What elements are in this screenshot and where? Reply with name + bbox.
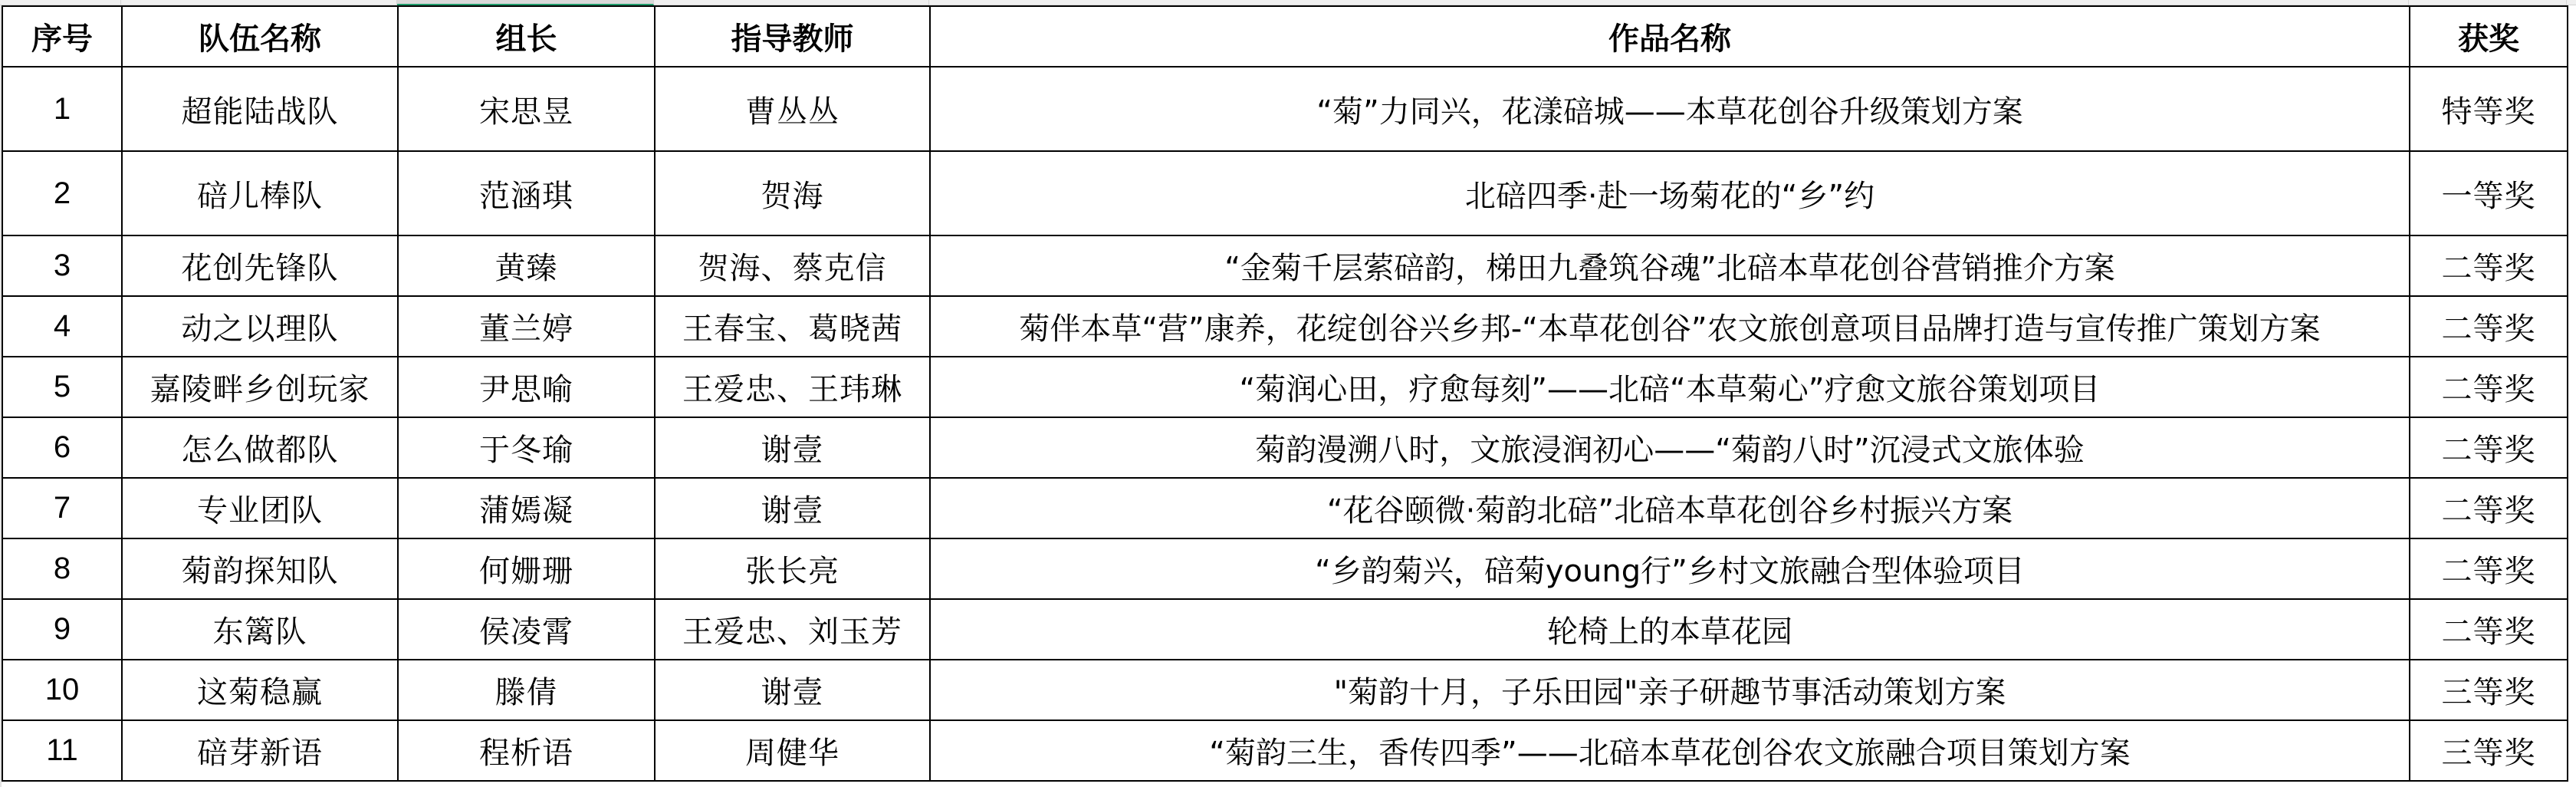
cell-award[interactable]: 特等奖: [2410, 67, 2568, 151]
cell-index[interactable]: 10: [2, 660, 122, 720]
table-row: 10 这菊稳赢 滕倩 谢壹 "菊韵十月，子乐田园"亲子研趣节事活动策划方案 三等…: [2, 660, 2568, 720]
cell-advisor[interactable]: 谢壹: [655, 417, 930, 478]
cell-award[interactable]: 二等奖: [2410, 296, 2568, 357]
cell-award[interactable]: 三等奖: [2410, 720, 2568, 781]
table-row: 4 动之以理队 董兰婷 王春宝、葛晓茜 菊伴本草“营”康养，花绽创谷兴乡邦-“本…: [2, 296, 2568, 357]
cell-index[interactable]: 11: [2, 720, 122, 781]
table-row: 7 专业团队 蒲嫣凝 谢壹 “花谷颐微·菊韵北碚”北碚本草花创谷乡村振兴方案 二…: [2, 478, 2568, 538]
cell-advisor[interactable]: 王爱忠、王玮琳: [655, 357, 930, 417]
cell-team[interactable]: 菊韵探知队: [122, 538, 398, 599]
table-row: 8 菊韵探知队 何姗珊 张长亮 “乡韵菊兴，碚菊young行”乡村文旅融合型体验…: [2, 538, 2568, 599]
cell-advisor[interactable]: 贺海、蔡克信: [655, 235, 930, 296]
cell-award[interactable]: 二等奖: [2410, 538, 2568, 599]
cell-team[interactable]: 超能陆战队: [122, 67, 398, 151]
cell-team[interactable]: 碚儿棒队: [122, 151, 398, 235]
cell-team[interactable]: 这菊稳赢: [122, 660, 398, 720]
header-leader[interactable]: 组长: [398, 6, 655, 67]
column-header-c-selected[interactable]: [397, 0, 654, 5]
cell-title[interactable]: “金菊千层萦碚韵，梯田九叠筑谷魂”北碚本草花创谷营销推介方案: [930, 235, 2410, 296]
cell-team[interactable]: 花创先锋队: [122, 235, 398, 296]
cell-award[interactable]: 一等奖: [2410, 151, 2568, 235]
cell-team[interactable]: 怎么做都队: [122, 417, 398, 478]
column-header-a[interactable]: [0, 0, 121, 5]
header-advisor[interactable]: 指导教师: [655, 6, 930, 67]
cell-index[interactable]: 6: [2, 417, 122, 478]
cell-leader[interactable]: 程析语: [398, 720, 655, 781]
table-row: 9 东篱队 侯凌霄 王爱忠、刘玉芳 轮椅上的本草花园 二等奖: [2, 599, 2568, 660]
cell-index[interactable]: 2: [2, 151, 122, 235]
cell-index[interactable]: 1: [2, 67, 122, 151]
cell-title[interactable]: 菊伴本草“营”康养，花绽创谷兴乡邦-“本草花创谷”农文旅创意项目品牌打造与宣传推…: [930, 296, 2410, 357]
cell-title[interactable]: 菊韵漫溯八时，文旅浸润初心——“菊韵八时”沉浸式文旅体验: [930, 417, 2410, 478]
cell-leader[interactable]: 董兰婷: [398, 296, 655, 357]
cell-title[interactable]: “花谷颐微·菊韵北碚”北碚本草花创谷乡村振兴方案: [930, 478, 2410, 538]
cell-award[interactable]: 三等奖: [2410, 660, 2568, 720]
cell-team[interactable]: 专业团队: [122, 478, 398, 538]
cell-index[interactable]: 5: [2, 357, 122, 417]
cell-index[interactable]: 9: [2, 599, 122, 660]
header-row: 序号 队伍名称 组长 指导教师 作品名称 获奖: [2, 6, 2568, 67]
column-header-f[interactable]: [2409, 0, 2567, 5]
column-header-e[interactable]: [929, 0, 2409, 5]
cell-award[interactable]: 二等奖: [2410, 599, 2568, 660]
cell-leader[interactable]: 于冬瑜: [398, 417, 655, 478]
header-team[interactable]: 队伍名称: [122, 6, 398, 67]
table-row: 5 嘉陵畔乡创玩家 尹思喻 王爱忠、王玮琳 “菊润心田，疗愈每刻”——北碚“本草…: [2, 357, 2568, 417]
cell-advisor[interactable]: 张长亮: [655, 538, 930, 599]
cell-team[interactable]: 东篱队: [122, 599, 398, 660]
cell-award[interactable]: 二等奖: [2410, 357, 2568, 417]
cell-award[interactable]: 二等奖: [2410, 417, 2568, 478]
cell-title[interactable]: 轮椅上的本草花园: [930, 599, 2410, 660]
table-row: 1 超能陆战队 宋思昱 曹丛丛 “菊”力同兴，花漾碚城——本草花创谷升级策划方案…: [2, 67, 2568, 151]
cell-leader[interactable]: 范涵琪: [398, 151, 655, 235]
cell-leader[interactable]: 宋思昱: [398, 67, 655, 151]
awards-table: 序号 队伍名称 组长 指导教师 作品名称 获奖 1 超能陆战队 宋思昱 曹丛丛 …: [2, 5, 2568, 782]
cell-title[interactable]: "菊韵十月，子乐田园"亲子研趣节事活动策划方案: [930, 660, 2410, 720]
cell-title[interactable]: “菊润心田，疗愈每刻”——北碚“本草菊心”疗愈文旅谷策划项目: [930, 357, 2410, 417]
cell-title[interactable]: “菊”力同兴，花漾碚城——本草花创谷升级策划方案: [930, 67, 2410, 151]
table-row: 6 怎么做都队 于冬瑜 谢壹 菊韵漫溯八时，文旅浸润初心——“菊韵八时”沉浸式文…: [2, 417, 2568, 478]
cell-team[interactable]: 碚芽新语: [122, 720, 398, 781]
cell-award[interactable]: 二等奖: [2410, 235, 2568, 296]
cell-advisor[interactable]: 谢壹: [655, 478, 930, 538]
table-row: 3 花创先锋队 黄臻 贺海、蔡克信 “金菊千层萦碚韵，梯田九叠筑谷魂”北碚本草花…: [2, 235, 2568, 296]
cell-leader[interactable]: 黄臻: [398, 235, 655, 296]
header-index[interactable]: 序号: [2, 6, 122, 67]
table-row: 11 碚芽新语 程析语 周健华 “菊韵三生，香传四季”——北碚本草花创谷农文旅融…: [2, 720, 2568, 781]
column-header-d[interactable]: [654, 0, 929, 5]
cell-leader[interactable]: 何姗珊: [398, 538, 655, 599]
cell-team[interactable]: 动之以理队: [122, 296, 398, 357]
cell-advisor[interactable]: 贺海: [655, 151, 930, 235]
column-header-b[interactable]: [121, 0, 397, 5]
cell-team[interactable]: 嘉陵畔乡创玩家: [122, 357, 398, 417]
cell-index[interactable]: 4: [2, 296, 122, 357]
cell-leader[interactable]: 滕倩: [398, 660, 655, 720]
cell-index[interactable]: 3: [2, 235, 122, 296]
cell-title[interactable]: 北碚四季·赴一场菊花的“乡”约: [930, 151, 2410, 235]
cell-index[interactable]: 8: [2, 538, 122, 599]
header-title[interactable]: 作品名称: [930, 6, 2410, 67]
cell-leader[interactable]: 蒲嫣凝: [398, 478, 655, 538]
cell-advisor[interactable]: 王春宝、葛晓茜: [655, 296, 930, 357]
cell-title[interactable]: “菊韵三生，香传四季”——北碚本草花创谷农文旅融合项目策划方案: [930, 720, 2410, 781]
table-row: 2 碚儿棒队 范涵琪 贺海 北碚四季·赴一场菊花的“乡”约 一等奖: [2, 151, 2568, 235]
cell-advisor[interactable]: 谢壹: [655, 660, 930, 720]
cell-advisor[interactable]: 王爱忠、刘玉芳: [655, 599, 930, 660]
cell-advisor[interactable]: 曹丛丛: [655, 67, 930, 151]
cell-title[interactable]: “乡韵菊兴，碚菊young行”乡村文旅融合型体验项目: [930, 538, 2410, 599]
column-header-strip: [0, 0, 2576, 5]
header-award[interactable]: 获奖: [2410, 6, 2568, 67]
cell-leader[interactable]: 尹思喻: [398, 357, 655, 417]
cell-advisor[interactable]: 周健华: [655, 720, 930, 781]
cell-award[interactable]: 二等奖: [2410, 478, 2568, 538]
cell-leader[interactable]: 侯凌霄: [398, 599, 655, 660]
cell-index[interactable]: 7: [2, 478, 122, 538]
